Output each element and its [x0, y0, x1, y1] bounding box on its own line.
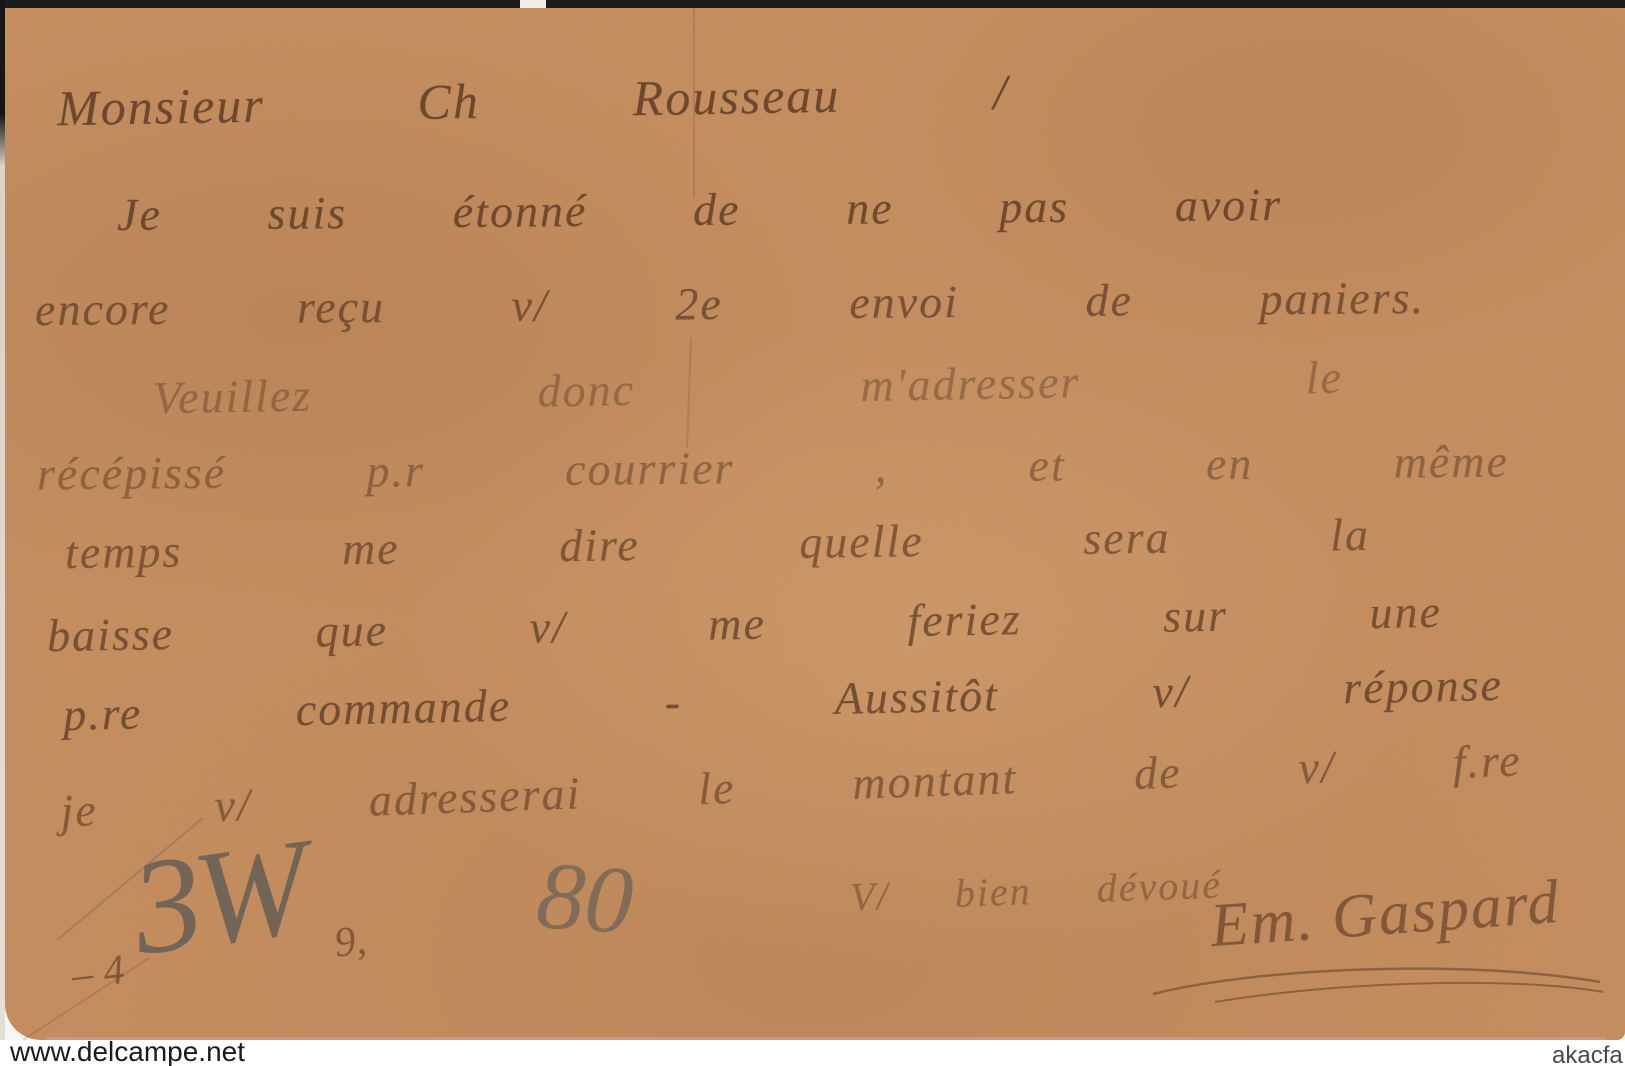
pencil-mark-3w: 3W — [123, 809, 312, 987]
card-bottom-edge — [45, 1037, 1605, 1040]
signature-flourish — [1145, 960, 1615, 1010]
date-mark-day: – 4 — [69, 946, 127, 1000]
postcard-scan: Monsieur Ch Rousseau / Je suis étonné de… — [0, 0, 1625, 1066]
scanner-top-border — [0, 0, 1625, 8]
watermark-akacfa: akacfa — [1552, 1042, 1623, 1066]
scanner-top-notch — [520, 0, 546, 8]
date-mark-year: 9, — [332, 916, 369, 967]
pencil-mark-80: 80 — [533, 839, 637, 956]
scanner-left-edge — [0, 0, 5, 1040]
handwriting-line: Je suis étonné de ne pas avoir — [117, 181, 1282, 239]
postcard-paper: Monsieur Ch Rousseau / Je suis étonné de… — [5, 8, 1625, 1040]
watermark-delcampe: www.delcampe.net — [10, 1036, 245, 1066]
